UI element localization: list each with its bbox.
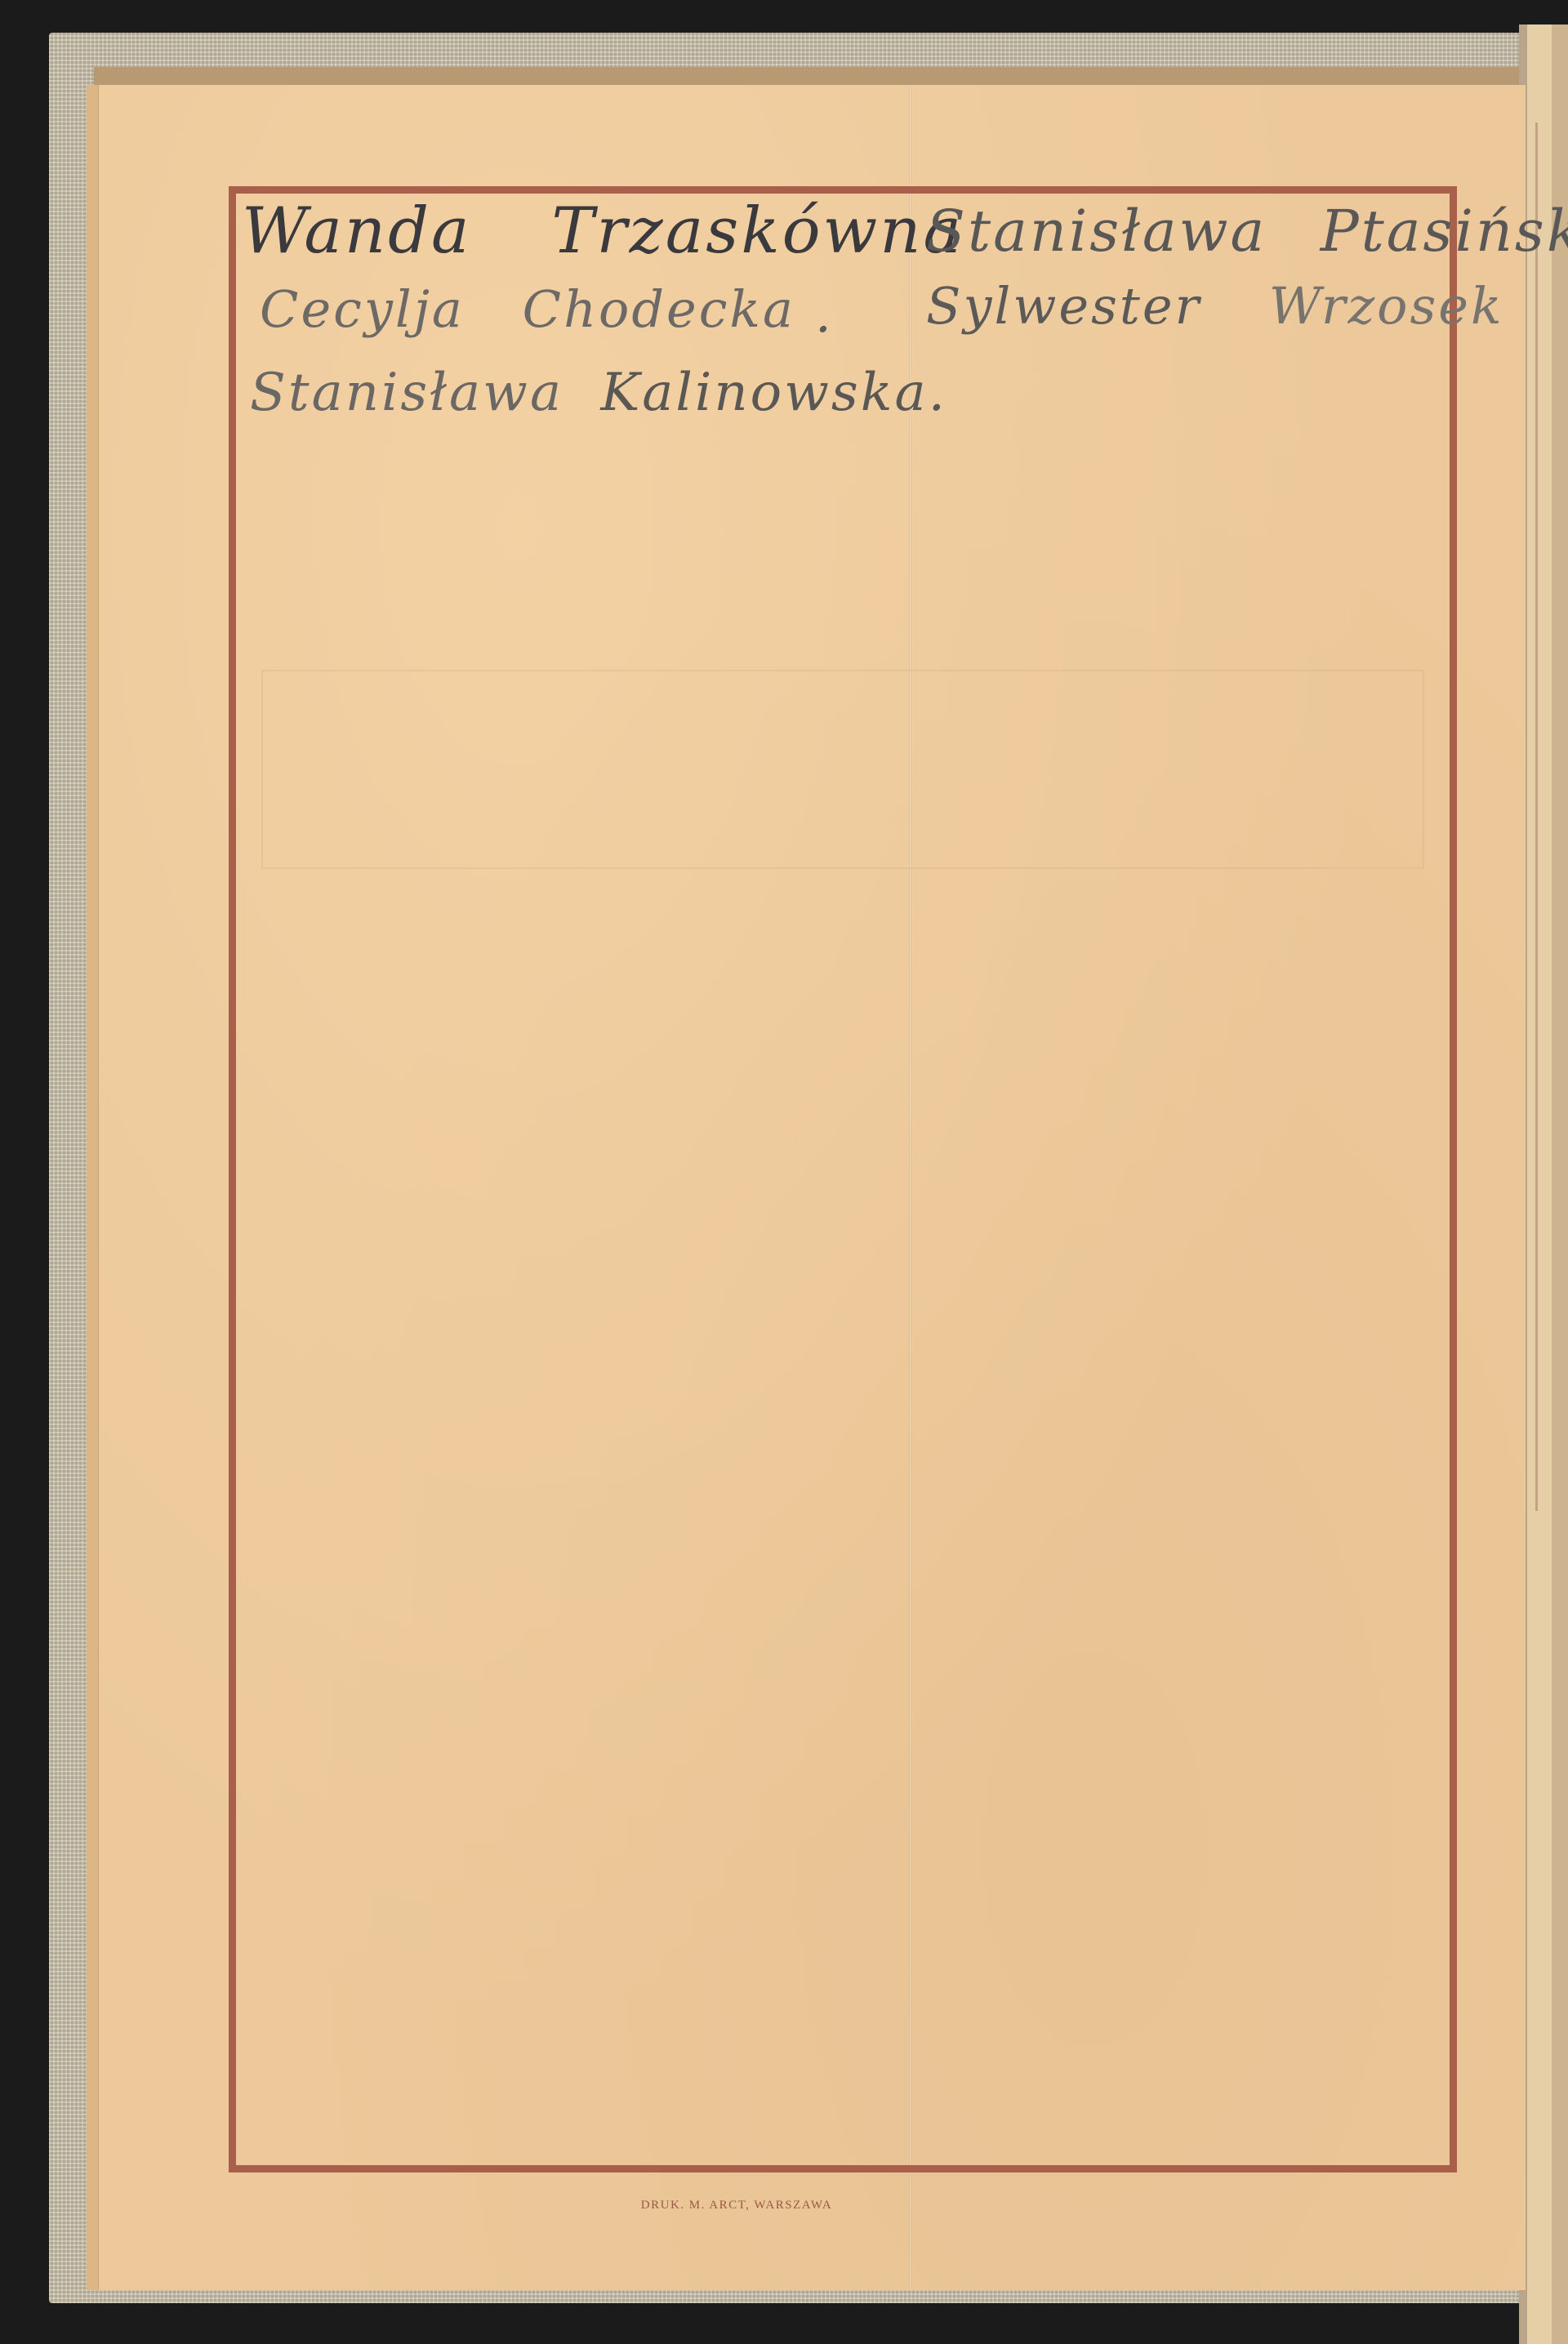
- first-name: Wanda: [242, 194, 472, 268]
- first-name: Sylwester: [926, 276, 1201, 336]
- last-name: Wrzosek: [1269, 276, 1504, 336]
- first-name: Cecylja: [260, 279, 465, 339]
- endpaper-strip: [94, 67, 1523, 85]
- last-name: Trzaskówna: [551, 194, 964, 268]
- separator-dot: .: [815, 284, 834, 344]
- ornament-fragment: [1535, 123, 1562, 1511]
- last-name: Chodecka: [523, 279, 795, 339]
- first-name: Stanisława: [250, 363, 563, 423]
- name-entry: Cecylja Chodecka: [260, 279, 795, 339]
- imprint-text: DRUK. M. ARCT, WARSZAWA: [641, 2199, 832, 2213]
- adjacent-page-edge: [1519, 25, 1568, 2344]
- page-edge: [87, 85, 99, 2290]
- name-entry: Stanisława Kalinowska.: [250, 363, 947, 423]
- last-name: Ptasińska: [1321, 198, 1568, 265]
- last-name: Kalinowska.: [600, 363, 947, 423]
- printed-frame-border: [229, 186, 1457, 2172]
- printer-imprint: DRUK. M. ARCT, WARSZAWA: [0, 2199, 1568, 2213]
- first-name: Stanisława: [926, 198, 1267, 265]
- name-entry: Sylwester Wrzosek: [926, 276, 1504, 336]
- name-entry: Wanda Trzaskówna: [242, 194, 964, 268]
- name-entry: Stanisława Ptasińska: [926, 198, 1568, 265]
